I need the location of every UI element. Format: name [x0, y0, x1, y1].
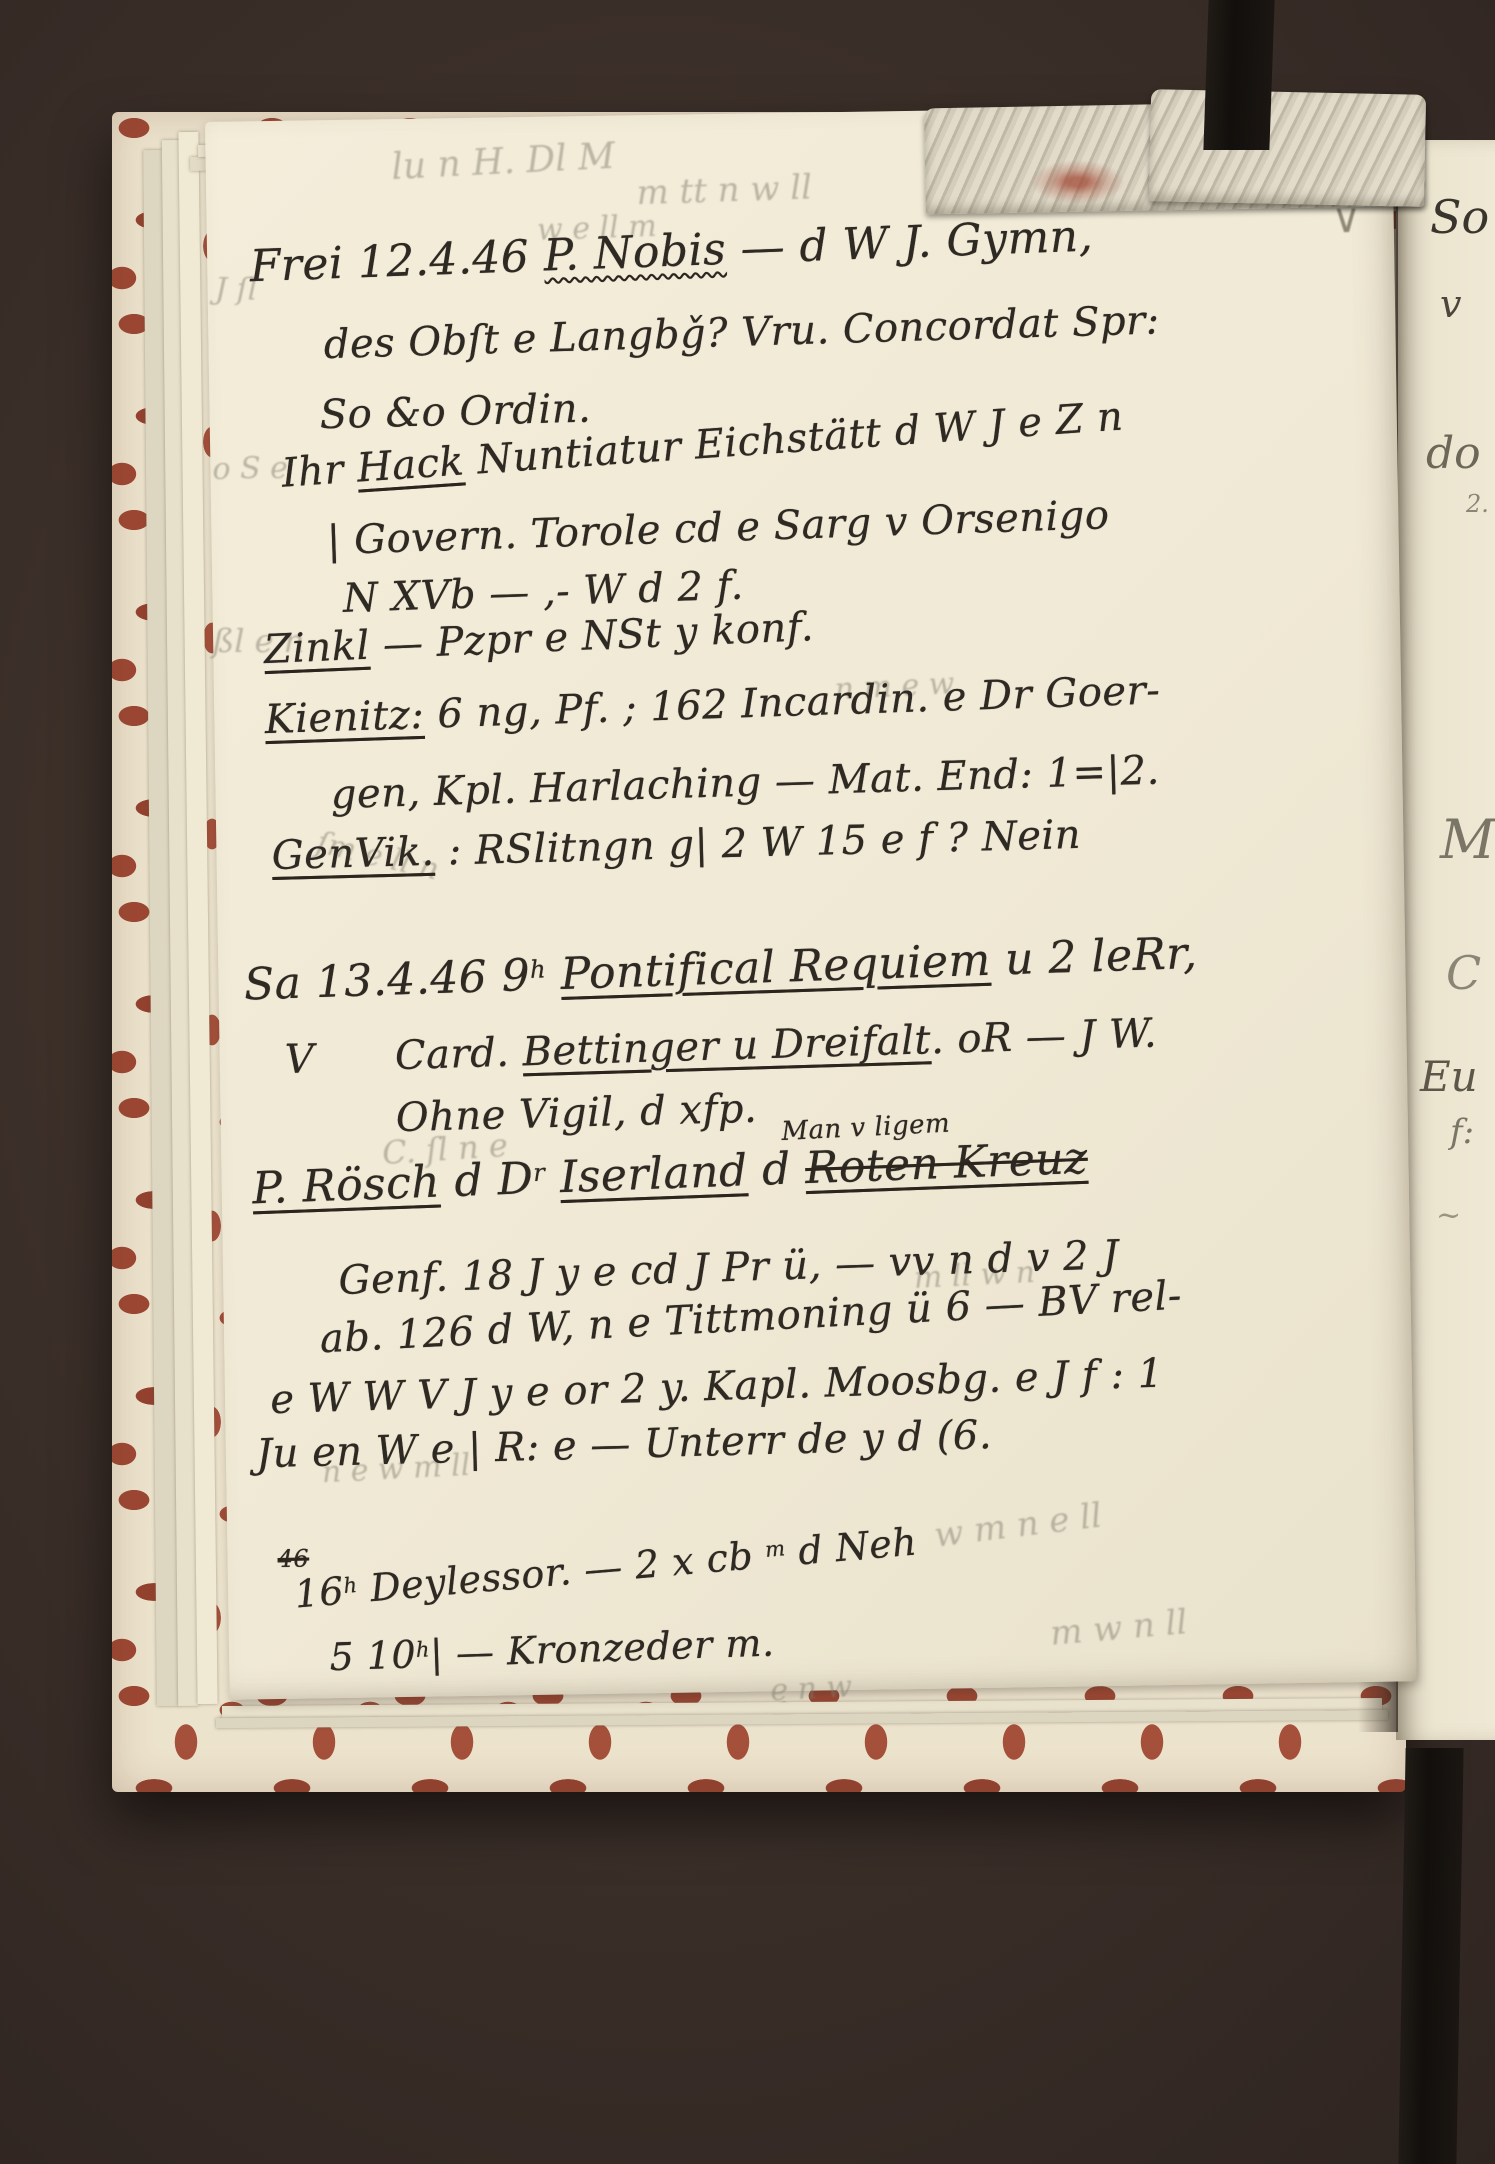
handwriting-segment: Kienitz:: [264, 692, 425, 743]
handwriting-segment: Zinkl: [263, 623, 371, 673]
handwriting-segment: Pontifical Requiem: [560, 935, 992, 1000]
handwriting-segment: d: [747, 1143, 806, 1196]
cover-board-strip-bottom: [1398, 1748, 1463, 2164]
handwriting-line: GenVik. : RSlitngn g| 2 W 15 e f ? Nein: [271, 812, 1081, 879]
right-page-text-fragment: f:: [1450, 1112, 1474, 1152]
handwriting-line: 5 10h| — Kronzeder m.: [329, 1620, 775, 1679]
handwriting-segment: | — Kronzeder m.: [429, 1620, 775, 1675]
handwriting-segment: h: [416, 1637, 431, 1661]
handwriting-line: Card. Bettinger u Dreifalt. oR — J W.: [394, 1011, 1157, 1080]
handwriting-segment: Bettinger u Dreifalt: [522, 1017, 932, 1075]
handwriting-segment: V: [284, 1036, 314, 1082]
handwriting-segment: des Obſt e Langbǧ? Vru. Concordat Spr:: [323, 297, 1160, 368]
handwriting-segment: 6 ng, Pf. ; 162 Incardin. e Dr Goer-: [423, 667, 1160, 737]
handwriting-segment: P. Nobis: [543, 224, 727, 282]
handwriting-line: P. Rösch d Dr Iserland d Roten Kreuz: [251, 1133, 1088, 1215]
photo-of-open-diary: Sovdo2.MCEuf:~ lu n H. Dl Mm tt n w llw …: [0, 0, 1495, 2164]
handwriting-segment: d Neh: [784, 1519, 919, 1574]
handwriting-segment: 5 10: [329, 1632, 417, 1679]
handwriting-line: Ohne Vigil, d xfp.: [395, 1086, 757, 1141]
right-page-text-fragment: ~: [1436, 1198, 1461, 1233]
handwriting-segment: m: [764, 1536, 786, 1562]
handwriting-segment: [545, 949, 561, 1000]
handwriting-line: 16h Deylessor. — 2 x cb m d Neh: [293, 1519, 919, 1616]
right-page-text-fragment: do: [1426, 428, 1481, 479]
right-page-text-fragment: So: [1430, 190, 1489, 244]
headband-fabric-fold: [1149, 89, 1426, 207]
right-page-text-fragment: M: [1440, 808, 1495, 871]
handwriting-segment: Deylessor. — 2 x cb: [356, 1532, 767, 1611]
handwriting-line: Ju en W e | R: e — Unterr de y d (6.: [256, 1412, 993, 1477]
handwriting-segment: 16: [293, 1569, 346, 1617]
handwriting-line: Kienitz: 6 ng, Pf. ; 162 Incardin. e Dr …: [264, 667, 1161, 743]
handwriting-segment: . oR — J W.: [930, 1011, 1157, 1064]
handwriting-segment: Ju en W e | R: e — Unterr de y d (6.: [256, 1412, 993, 1477]
handwriting-segment: 46: [277, 1545, 309, 1573]
right-page-text-fragment: Eu: [1420, 1052, 1478, 1101]
handwriting-line: 46: [277, 1545, 309, 1573]
handwriting-segment: P. Rösch: [251, 1157, 441, 1215]
left-page: lu n H. Dl Mm tt n w llw e ll mJ ſlo S e…: [205, 103, 1417, 1699]
handwriting-segment: : RSlitngn g| 2 W 15 e f ? Nein: [434, 812, 1082, 875]
right-page-text-fragment: 2.: [1466, 490, 1489, 518]
handwriting-segment: Ohne Vigil, d xfp.: [395, 1086, 757, 1141]
handwriting-segment: d D: [439, 1153, 534, 1207]
handwriting-segment: Hack: [355, 438, 465, 491]
handwriting-line: Frei 12.4.46 P. Nobis — d W J. Gymn,: [249, 210, 1094, 292]
handwriting-segment: Frei 12.4.46: [249, 231, 545, 293]
handwriting-segment: So &o Ordin.: [319, 386, 591, 439]
handwriting-line: | Govern. Torole cd e Sarg v Orsenigo: [326, 492, 1110, 564]
handwriting-layer: Frei 12.4.46 P. Nobis — d W J. Gymn,des …: [205, 103, 1417, 1699]
spine-strip-top: [1203, 0, 1274, 150]
red-stain-on-fabric: [1030, 160, 1125, 204]
handwriting-line: Sa 13.4.46 9h Pontifical Requiem u 2 leR…: [243, 928, 1198, 1011]
handwriting-segment: Card.: [394, 1029, 523, 1079]
handwriting-line: V: [284, 1036, 314, 1082]
handwriting-segment: Roten Kreuz: [804, 1133, 1088, 1194]
handwriting-segment: GenVik.: [271, 829, 435, 879]
handwriting-segment: Ihr: [280, 446, 358, 497]
handwriting-line: des Obſt e Langbǧ? Vru. Concordat Spr:: [323, 297, 1160, 368]
handwriting-segment: e W W V J y e or 2 y. Kapl. Moosbg. e J …: [270, 1351, 1165, 1423]
handwriting-segment: u 2 leRr,: [990, 928, 1198, 986]
right-page-text-fragment: C: [1446, 946, 1481, 1000]
handwriting-line: e W W V J y e or 2 y. Kapl. Moosbg. e J …: [270, 1351, 1165, 1423]
handwriting-segment: Iserland: [559, 1145, 749, 1203]
handwriting-segment: h: [529, 955, 546, 984]
handwriting-line: gen, Kpl. Harlaching — Mat. End: 1=|2.: [330, 748, 1160, 819]
handwriting-line: So &o Ordin.: [319, 386, 591, 439]
handwriting-segment: gen, Kpl. Harlaching — Mat. End: 1=|2.: [330, 748, 1160, 819]
handwriting-segment: Sa 13.4.46 9: [243, 950, 531, 1010]
handwriting-segment: — d W J. Gymn,: [725, 210, 1094, 274]
right-page-text-fragment: v: [1440, 282, 1461, 326]
handwriting-segment: | Govern. Torole cd e Sarg v Orsenigo: [326, 492, 1110, 564]
